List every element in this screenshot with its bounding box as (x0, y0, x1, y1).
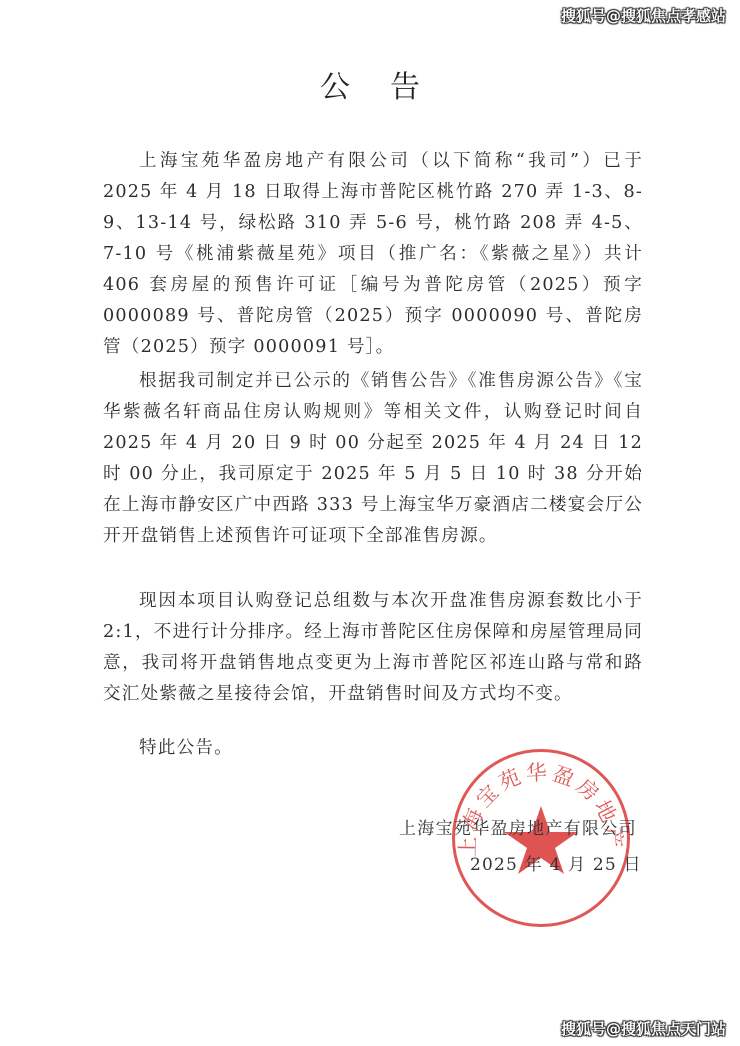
watermark-top: 搜狐号@搜狐焦点孝感站 (561, 5, 726, 26)
paragraph-2: 根据我司制定并已公示的《销售公告》《准售房源公告》《宝华紫薇名轩商品住房认购规则… (103, 366, 643, 552)
signature-date: 2025 年 4 月 25 日 (470, 850, 642, 875)
document-title: 公告 (0, 62, 740, 106)
watermark-bottom: 搜狐号@搜狐焦点天门站 (561, 1018, 726, 1039)
svg-text:上海宝苑华盈房地产有限公司: 上海宝苑华盈房地产有限公司 (455, 752, 627, 858)
paragraph-closing: 特此公告。 (103, 733, 643, 764)
paragraph-1: 上海宝苑华盈房地产有限公司（以下简称“我司”）已于 2025 年 4 月 18 … (103, 146, 643, 363)
signature-company: 上海宝苑华盈房地产有限公司 (399, 814, 637, 839)
paragraph-3: 现因本项目认购登记总组数与本次开盘准售房源套数比小于2:1，不进行计分排序。经上… (103, 586, 643, 710)
